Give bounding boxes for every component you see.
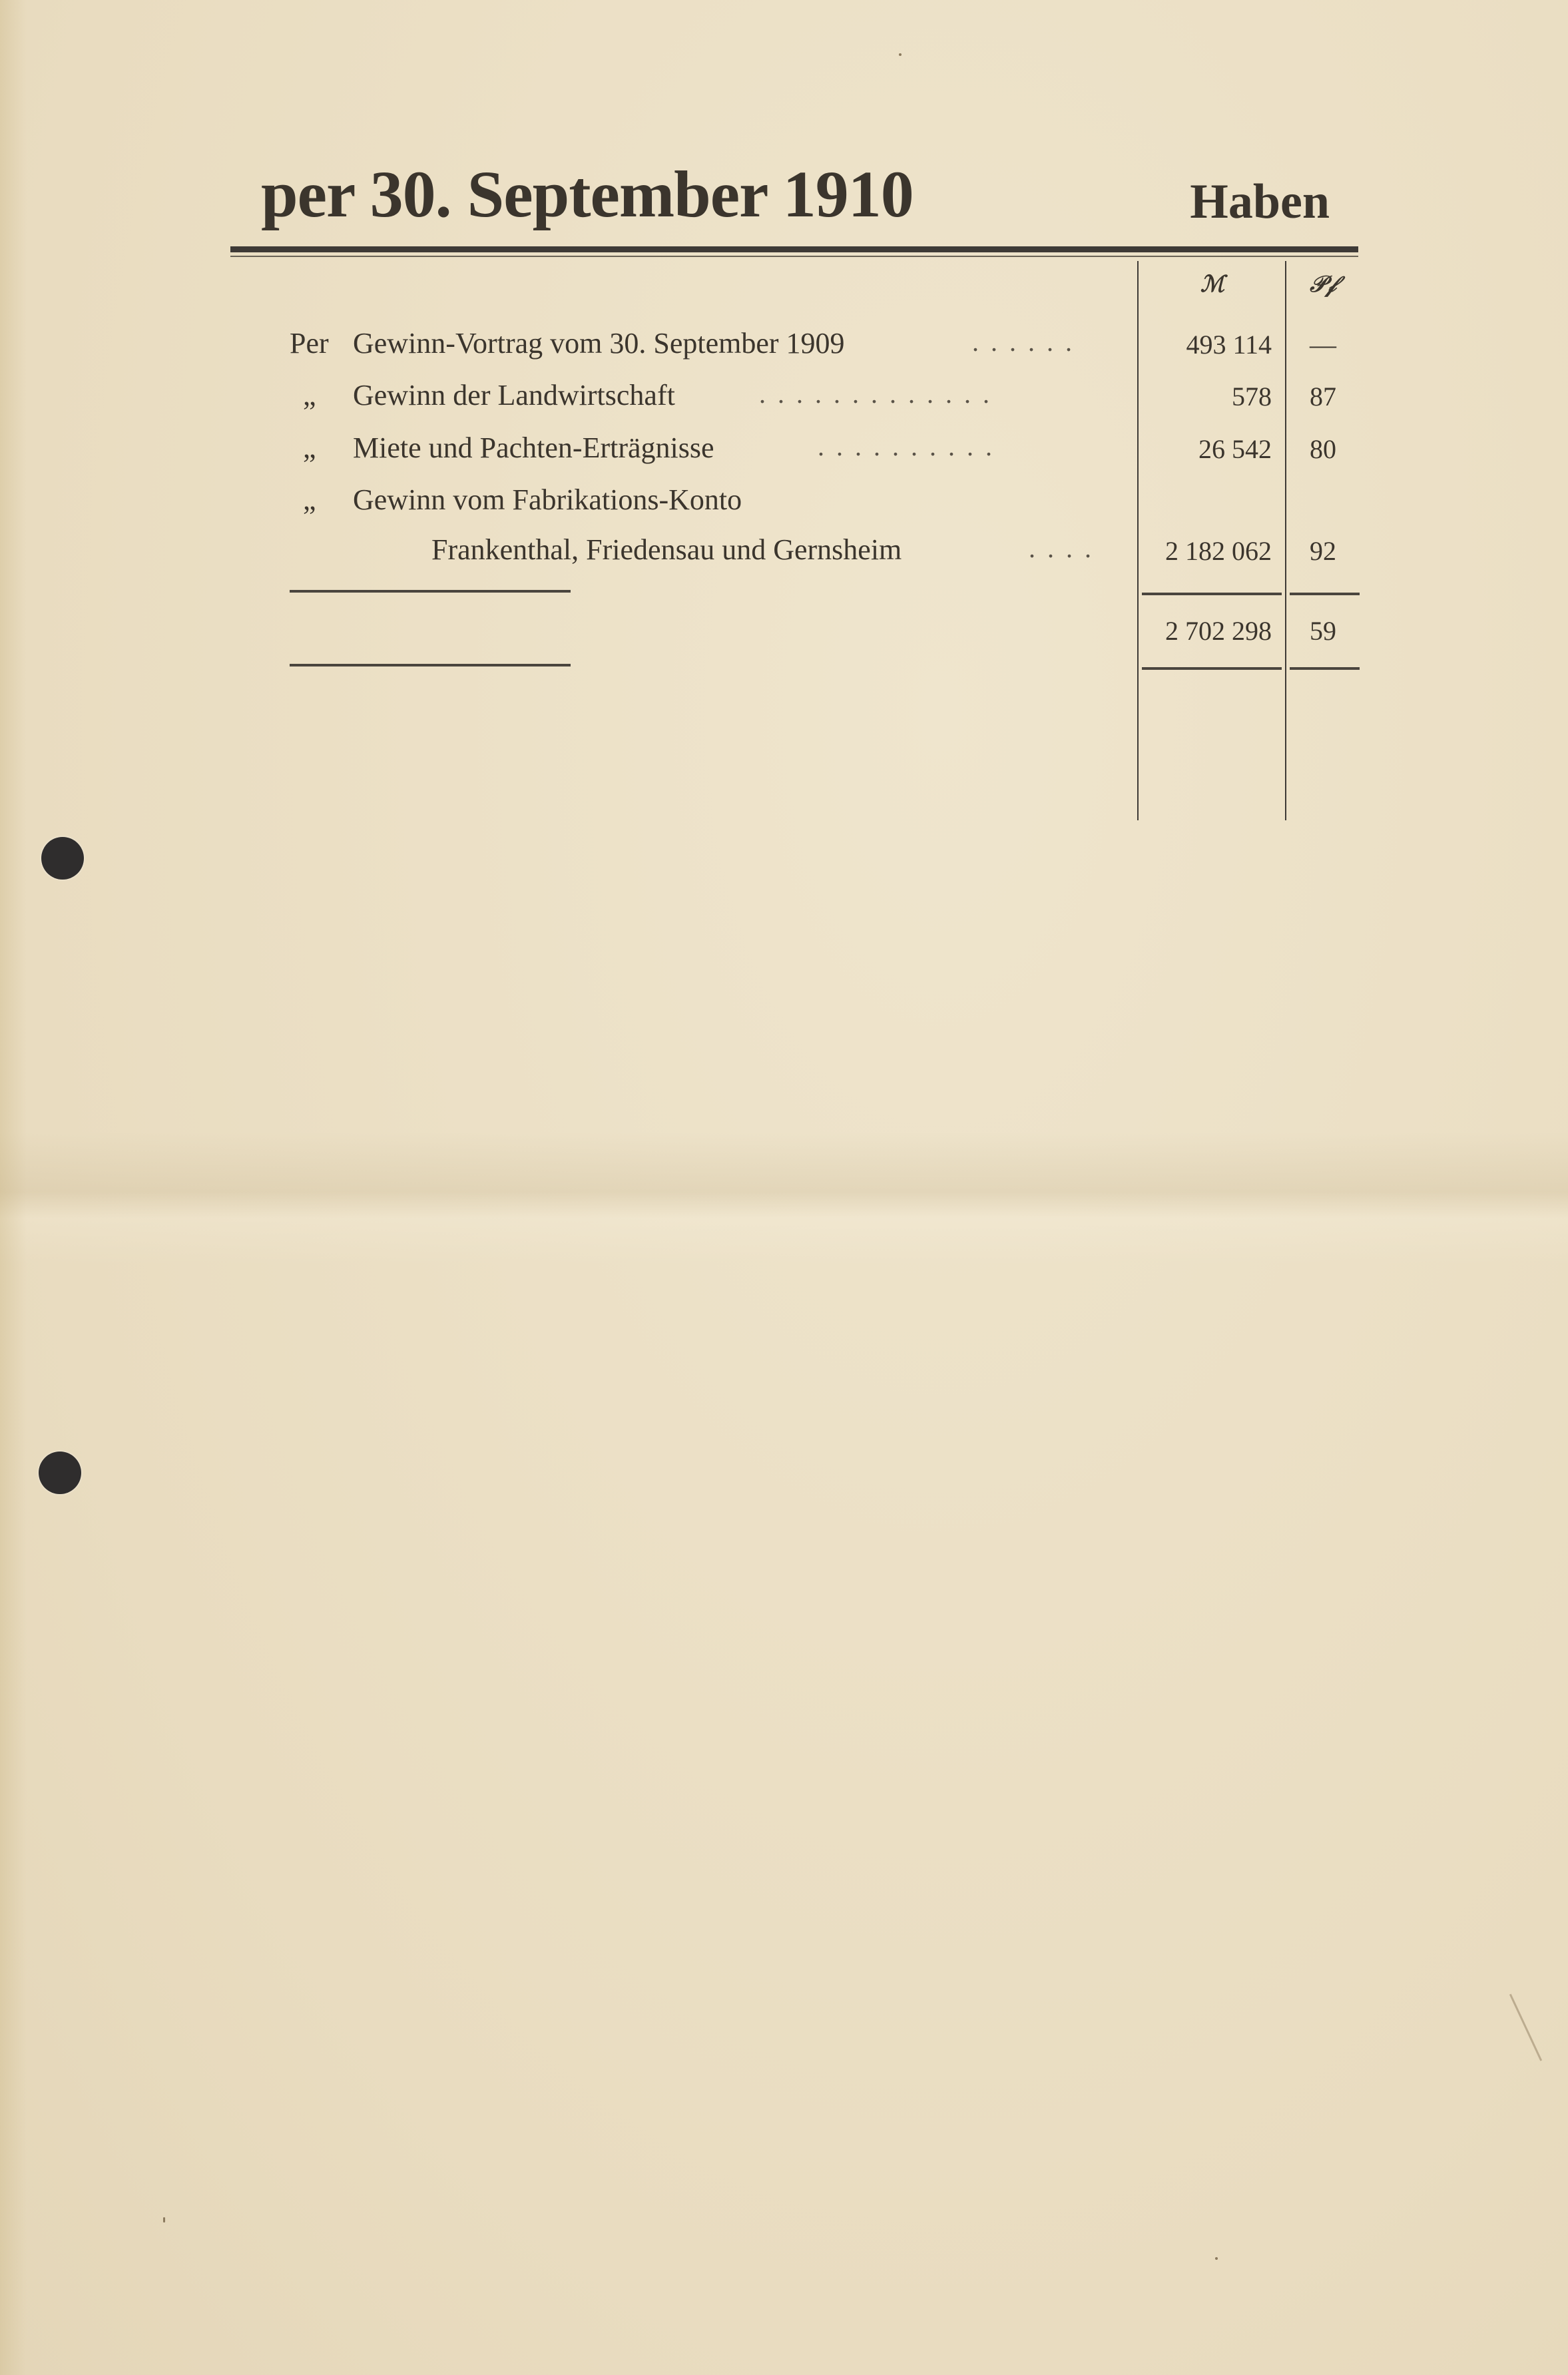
total-pfennig: 59 — [1288, 614, 1358, 649]
entry-marks: 2 182 062 — [1140, 534, 1272, 569]
entry-label: Gewinn der Landwirtschaft — [353, 378, 675, 413]
leader-dots: ............. — [759, 378, 1001, 409]
header-rule-thin — [230, 256, 1358, 257]
entry-pfennig: — — [1288, 328, 1358, 362]
pfennig-column-header: 𝒫𝒻 — [1288, 272, 1358, 298]
entry-label-continuation: Frankenthal, Friedensau und Gernsheim — [431, 533, 902, 567]
total-marks: 2 702 298 — [1140, 614, 1272, 649]
marks-column-divider — [1137, 261, 1139, 820]
marks-sum-rule — [1142, 593, 1282, 595]
entry-pfennig: 87 — [1288, 380, 1358, 414]
entry-prefix: „ — [303, 378, 316, 413]
paper-scratch — [1509, 1994, 1542, 2061]
entry-prefix: Per — [290, 326, 329, 361]
entry-marks: 26 542 — [1140, 432, 1272, 467]
marks-column-header: ℳ — [1140, 272, 1285, 298]
entry-label: Gewinn-Vortrag vom 30. September 1909 — [353, 326, 845, 361]
pfennig-column-divider — [1285, 261, 1286, 820]
account-side-label: Haben — [1190, 172, 1330, 232]
leader-dots: .......... — [818, 431, 1004, 462]
entry-pfennig: 80 — [1288, 432, 1358, 467]
page-title: per 30. September 1910 — [261, 154, 914, 234]
entry-prefix: „ — [303, 431, 316, 465]
left-sum-rule — [290, 590, 571, 593]
paper-speck — [899, 53, 902, 56]
left-total-rule — [290, 664, 571, 666]
entry-marks: 578 — [1140, 380, 1272, 414]
pfennig-total-rule — [1290, 667, 1360, 670]
entry-prefix: „ — [303, 483, 316, 517]
entry-label: Gewinn vom Fabrikations-Konto — [353, 483, 742, 517]
punch-hole-lower — [39, 1451, 81, 1494]
paper-speck — [1215, 2257, 1218, 2260]
punch-hole-upper — [41, 837, 84, 880]
paper-speck — [163, 2217, 165, 2223]
header-rule-thick — [230, 246, 1358, 252]
pfennig-sum-rule — [1290, 593, 1360, 595]
leader-dots: ...... — [972, 326, 1084, 358]
entry-pfennig: 92 — [1288, 534, 1358, 569]
marks-total-rule — [1142, 667, 1282, 670]
entry-label: Miete und Pachten-Erträgnisse — [353, 431, 714, 465]
entry-marks: 493 114 — [1140, 328, 1272, 362]
leader-dots: .... — [1029, 533, 1103, 564]
